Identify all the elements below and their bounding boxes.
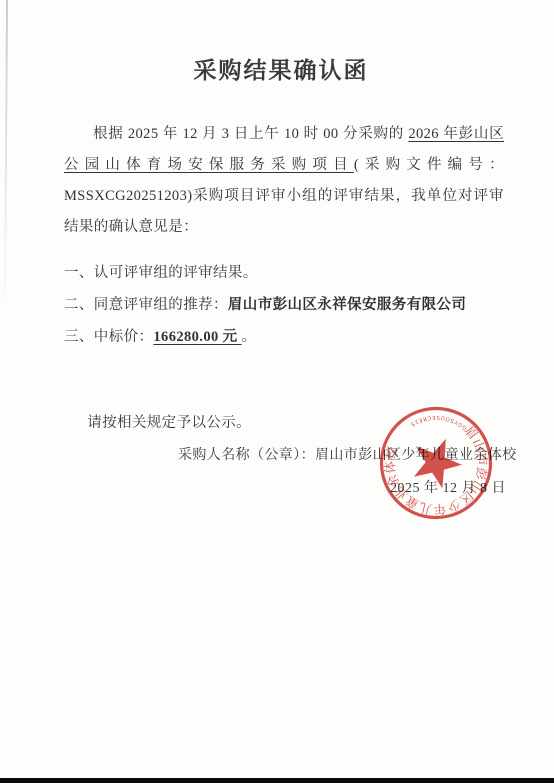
scan-edge-artifact: [4, 0, 8, 316]
winning-bid-price: 166280.00 元: [153, 329, 241, 345]
publicity-notice: 请按相关规定予以公示。: [64, 408, 504, 439]
item-3-period: 。: [242, 329, 257, 345]
item-1-text: 一、认可评审组的评审结果。: [64, 265, 258, 281]
scan-bottom-edge: [0, 778, 554, 783]
purchaser-name: 眉山市彭山区少年儿童业余体校: [315, 448, 517, 463]
purchaser-signoff: 采购人名称（公章）：眉山市彭山区少年儿童业余体校: [178, 444, 517, 464]
confirmation-item-1: 一、认可评审组的评审结果。: [64, 258, 504, 288]
purchaser-label: 采购人名称（公章）：: [178, 448, 315, 463]
intro-paragraph: 根据 2025 年 12 月 3 日上午 10 时 00 分采购的 2026 年…: [64, 119, 504, 243]
item-3-label: 三、中标价：: [64, 329, 153, 345]
confirmation-item-3: 三、中标价：166280.00 元 。: [64, 322, 504, 352]
intro-lead-text: 根据 2025 年 12 月 3 日上午 10 时 00 分采购的: [93, 126, 408, 142]
scanned-document-page: 采购结果确认函 根据 2025 年 12 月 3 日上午 10 时 00 分采购…: [0, 0, 554, 783]
item-2-label: 二、同意评审组的推荐：: [64, 297, 228, 313]
document-body: 根据 2025 年 12 月 3 日上午 10 时 00 分采购的 2026 年…: [64, 119, 504, 439]
signoff-date: 2025 年 12 月 8 日: [390, 477, 506, 497]
winning-company-name: 眉山市彭山区永祥保安服务有限公司: [228, 297, 466, 313]
document-title: 采购结果确认函: [8, 52, 554, 85]
confirmation-item-2: 二、同意评审组的推荐：眉山市彭山区永祥保安服务有限公司: [64, 290, 504, 320]
